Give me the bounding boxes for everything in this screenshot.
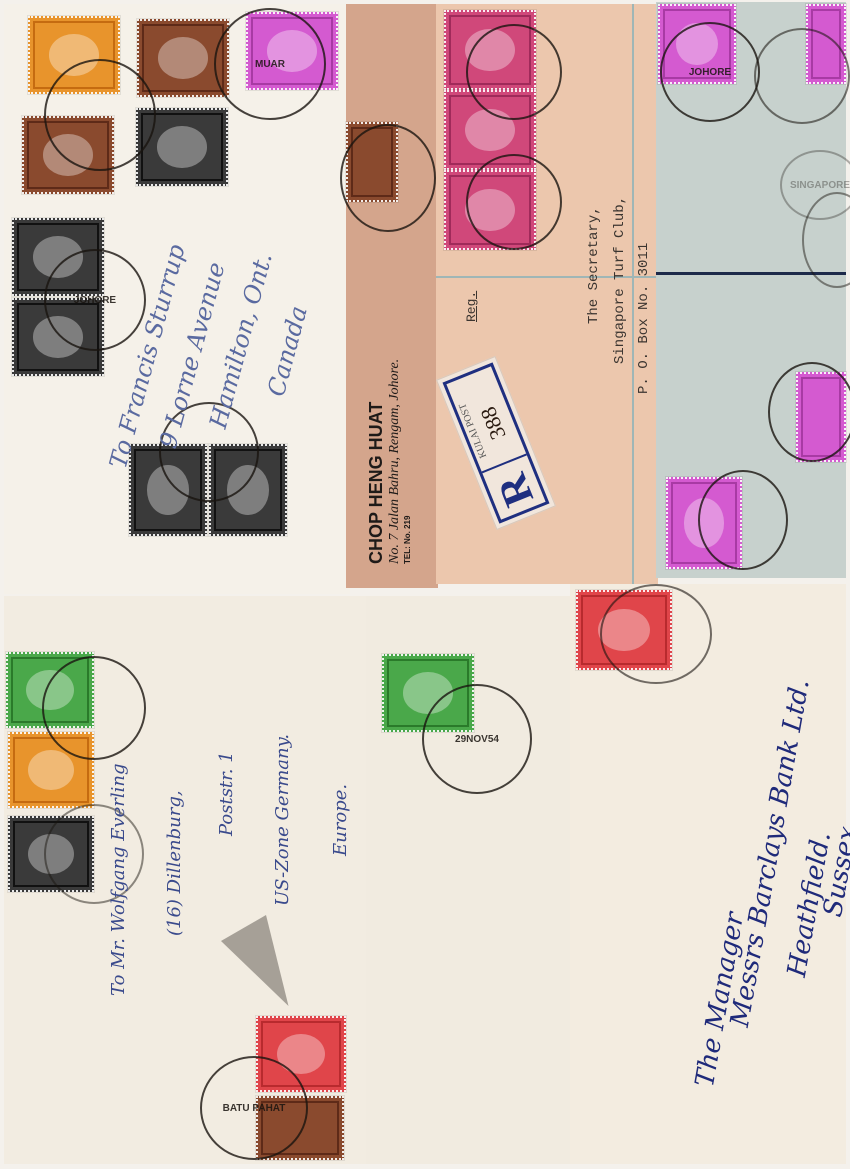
postmark-rengam: [340, 124, 436, 232]
cover-barclays: The Manager Messrs Barclays Bank Ltd. He…: [570, 584, 846, 1164]
reg-label: Reg.: [464, 291, 479, 322]
postmark-muar-2: [44, 59, 156, 171]
postmark-batu-pahat-2: [44, 804, 144, 904]
address-line-2: Singapore Turf Club,: [612, 196, 628, 364]
postmark-johore-bahru-2: [600, 584, 712, 684]
postmark-batu-pahat-3: BATU PAHAT: [200, 1056, 308, 1160]
address-line-4: US-Zone Germany.: [272, 734, 293, 906]
cover-chop-heng-huat: CHOP HENG HUAT No. 7 Jalan Bahru, Rengam…: [346, 4, 438, 588]
registration-letter: R: [488, 467, 544, 513]
divider-line-vertical: [632, 4, 634, 584]
sender-block: CHOP HENG HUAT No. 7 Jalan Bahru, Rengam…: [366, 359, 412, 564]
sender-name: CHOP HENG HUAT: [366, 359, 387, 564]
address-line-3: Poststr. 1: [216, 751, 237, 836]
postmark-pontian-4: [698, 470, 788, 570]
postmark-kulai-2: [466, 154, 562, 250]
postmark-kulai: [466, 24, 562, 120]
cover-johore-bahru: 29NOV54: [366, 596, 570, 1164]
address-line-1: The Secretary,: [586, 206, 602, 324]
cover-germany: BATU PAHAT To Mr. Wolfgang Everling (16)…: [4, 596, 366, 1164]
address-line-2: (16) Dillenburg,: [164, 790, 185, 936]
postmark-batu-pahat: [42, 656, 146, 760]
postmark-muar: MUAR: [214, 8, 326, 120]
cover-singapore-blue: JOHORE SINGAPORE: [656, 2, 846, 578]
postmark-johore: JOHORE: [44, 249, 146, 351]
sender-address: No. 7 Jalan Bahru, Rengam, Johore.: [387, 359, 403, 564]
registration-label: KULAI POST 388 R: [436, 356, 556, 530]
postmark-pontian-2: [754, 28, 850, 124]
cover-singapore-turf-club: Reg. The Secretary, Singapore Turf Club,…: [436, 4, 658, 584]
cover-canada: MUAR JOHORE To Francis Sturrup 9 Lorne A…: [4, 4, 350, 594]
address-line-5: Europe.: [330, 784, 351, 856]
address-line-1: To Mr. Wolfgang Everling: [108, 764, 129, 997]
postmark-pontian-3: [768, 362, 850, 462]
address-line-3: P. O. Box No. 3011: [636, 243, 652, 394]
address-line-4: Canada: [262, 303, 313, 399]
postmark-pontian: JOHORE: [660, 22, 760, 122]
sender-tel: TEL: No. 219: [403, 359, 412, 564]
triangle-marking: [221, 915, 311, 1019]
postmark-johore-bahru: 29NOV54: [422, 684, 532, 794]
